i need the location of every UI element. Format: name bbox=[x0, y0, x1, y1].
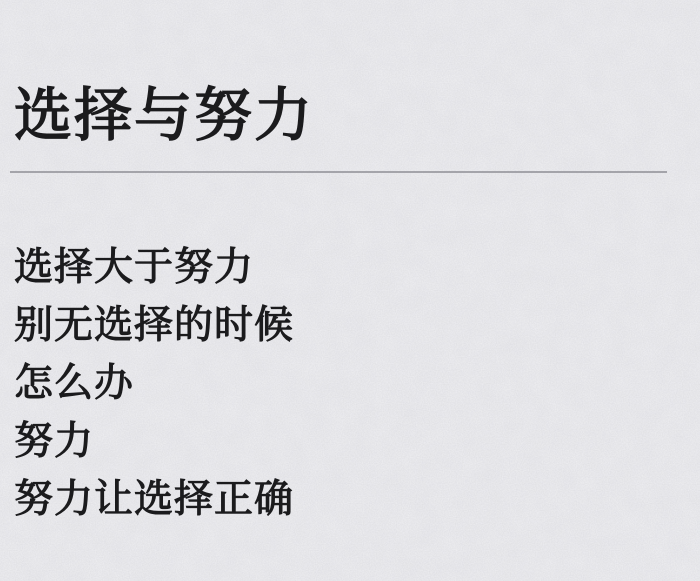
body-text: 选择大于努力 别无选择的时候 怎么办 努力 努力让选择正确 bbox=[14, 239, 700, 529]
body-line-1: 选择大于努力 bbox=[14, 239, 700, 297]
body-line-2: 别无选择的时候 bbox=[14, 297, 700, 355]
title-divider bbox=[10, 171, 667, 173]
body-line-5: 努力让选择正确 bbox=[14, 471, 700, 529]
quote-poster: 选择与努力 选择大于努力 别无选择的时候 怎么办 努力 努力让选择正确 bbox=[0, 0, 700, 581]
page-title: 选择与努力 bbox=[0, 0, 700, 148]
poster-content: 选择与努力 选择大于努力 别无选择的时候 怎么办 努力 努力让选择正确 bbox=[0, 0, 700, 529]
body-line-3: 怎么办 bbox=[14, 355, 700, 413]
body-line-4: 努力 bbox=[14, 413, 700, 471]
